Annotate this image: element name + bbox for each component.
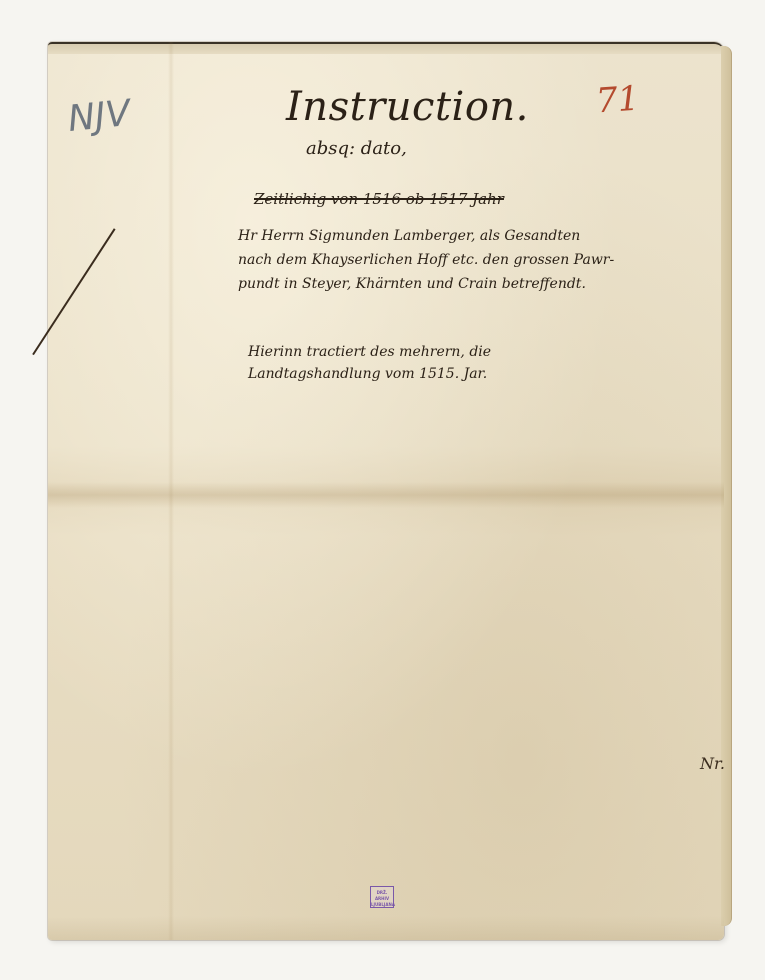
body-line: pundt in Steyer, Khärnten und Crain betr… <box>238 276 586 292</box>
struck-through-line: Zeitlichig von 1516 ob 1517 Jahr <box>254 190 504 208</box>
document-title: Instruction. <box>286 84 529 130</box>
bottom-edge-wear <box>48 916 724 940</box>
folio-number: 71 <box>595 79 641 122</box>
body-line: nach dem Khayserlichen Hoff etc. den gro… <box>238 252 614 268</box>
stamp-line: LJUBLJANA <box>371 902 393 908</box>
note-line: Hierinn tractiert des mehrern, die <box>248 344 491 360</box>
document-subtitle: absq: dato, <box>306 138 407 159</box>
pencil-signature: NJV <box>66 93 132 140</box>
page-top-edge <box>48 42 724 54</box>
margin-pen-stroke <box>32 228 115 355</box>
vertical-fold-line <box>168 42 174 940</box>
stamp-line: DRŽ. ARHIV <box>371 890 393 902</box>
body-line: Hr Herrn Sigmunden Lamberger, als Gesand… <box>238 228 580 244</box>
manuscript-page: NJV 71 Instruction. absq: dato, Zeitlich… <box>48 42 724 940</box>
margin-scribble: Nr. <box>700 754 720 774</box>
archive-stamp: DRŽ. ARHIV LJUBLJANA <box>370 886 394 908</box>
note-line: Landtagshandlung vom 1515. Jar. <box>248 366 487 382</box>
horizontal-fold-line <box>48 482 724 508</box>
